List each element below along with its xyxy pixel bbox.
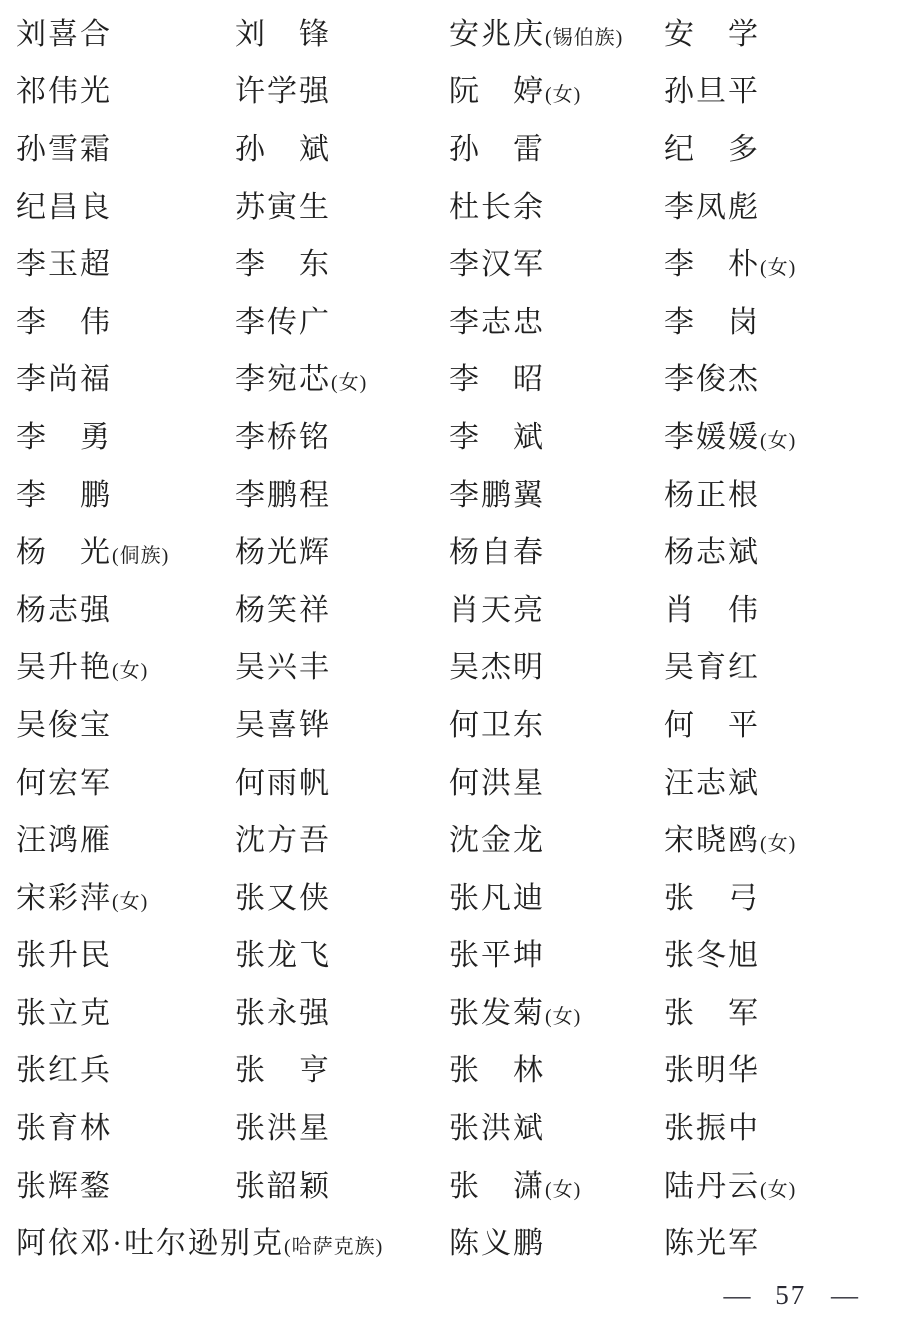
- person-name-text: 张韶颖: [235, 1170, 331, 1203]
- person-name: 刘 锋: [235, 20, 331, 50]
- person-name-text: 张平坤: [449, 939, 545, 972]
- person-name-text: 吴俊宝: [16, 709, 112, 742]
- person-name: 张冬旭: [664, 941, 760, 971]
- person-name-text: 宋彩萍: [16, 882, 112, 915]
- person-name-text: 杨 光: [16, 536, 112, 569]
- person-name-text: 李传广: [235, 306, 331, 339]
- person-name-text: 李尚福: [16, 363, 112, 396]
- person-name-text: 李俊杰: [664, 363, 760, 396]
- person-name: 吴俊宝: [16, 711, 112, 741]
- name-row: 吴俊宝吴喜铧何卫东何 平: [0, 697, 900, 755]
- name-row: 刘喜合刘 锋安兆庆(锡伯族)安 学: [0, 6, 900, 64]
- name-row: 李 鹏李鹏程李鹏翼杨正根: [0, 467, 900, 525]
- person-name-text: 何宏军: [16, 767, 112, 800]
- person-name-text: 祁伟光: [16, 75, 112, 108]
- person-name-text: 吴杰明: [449, 651, 545, 684]
- person-name-text: 李汉军: [449, 248, 545, 281]
- person-name: 杜长余: [449, 193, 545, 223]
- person-name: 何雨帆: [235, 769, 331, 799]
- person-name: 张洪星: [235, 1114, 331, 1144]
- gender-ethnicity-note: (哈萨克族): [284, 1236, 383, 1258]
- name-row: 杨志强杨笑祥肖天亮肖 伟: [0, 582, 900, 640]
- person-name-text: 吴喜铧: [235, 709, 331, 742]
- person-name-text: 杨志强: [16, 594, 112, 627]
- person-name: 宋晓鸥(女): [664, 826, 796, 856]
- page-number: 57: [775, 1280, 806, 1311]
- name-row: 张升民张龙飞张平坤张冬旭: [0, 928, 900, 986]
- person-name: 何卫东: [449, 711, 545, 741]
- person-name-text: 张 弓: [664, 882, 760, 915]
- person-name-text: 许学强: [235, 75, 331, 108]
- person-name: 陈义鹏: [449, 1229, 545, 1259]
- person-name: 张立克: [16, 999, 112, 1029]
- person-name: 李 昭: [449, 365, 545, 395]
- gender-ethnicity-note: (女): [545, 84, 581, 106]
- name-row: 李 勇李桥铭李 斌李媛媛(女): [0, 409, 900, 467]
- person-name: 杨自春: [449, 538, 545, 568]
- person-name-text: 陈光军: [664, 1227, 760, 1260]
- name-row: 李 伟李传广李志忠李 岗: [0, 294, 900, 352]
- person-name-text: 李 朴: [664, 248, 760, 281]
- person-name: 张发菊(女): [449, 999, 581, 1029]
- person-name: 孙旦平: [664, 77, 760, 107]
- gender-ethnicity-note: (女): [760, 833, 796, 855]
- person-name: 阮 婷(女): [449, 77, 581, 107]
- person-name-text: 张红兵: [16, 1054, 112, 1087]
- person-name-text: 沈方吾: [235, 824, 331, 857]
- person-name: 张红兵: [16, 1056, 112, 1086]
- person-name-text: 张明华: [664, 1054, 760, 1087]
- person-name: 张 亨: [235, 1056, 331, 1086]
- person-name-text: 李 昭: [449, 363, 545, 396]
- person-name: 吴育红: [664, 653, 760, 683]
- person-name-text: 纪昌良: [16, 191, 112, 224]
- person-name: 杨光辉: [235, 538, 331, 568]
- person-name-text: 杨志斌: [664, 536, 760, 569]
- footer-dash-left: —: [724, 1280, 751, 1311]
- person-name: 祁伟光: [16, 77, 112, 107]
- person-name-text: 苏寅生: [235, 191, 331, 224]
- person-name-text: 李桥铭: [235, 421, 331, 454]
- person-name: 纪 多: [664, 135, 760, 165]
- person-name: 李 东: [235, 250, 331, 280]
- person-name: 李传广: [235, 308, 331, 338]
- gender-ethnicity-note: (侗族): [112, 545, 169, 567]
- person-name-text: 沈金龙: [449, 824, 545, 857]
- person-name: 沈金龙: [449, 826, 545, 856]
- footer-dash-right: —: [831, 1280, 858, 1311]
- person-name: 安 学: [664, 20, 760, 50]
- gender-ethnicity-note: (女): [331, 372, 367, 394]
- person-name-text: 杜长余: [449, 191, 545, 224]
- person-name: 苏寅生: [235, 193, 331, 223]
- person-name-text: 李 鹏: [16, 479, 112, 512]
- person-name: 汪鸿雁: [16, 826, 112, 856]
- person-name-text: 李 斌: [449, 421, 545, 454]
- person-name: 李 朴(女): [664, 250, 796, 280]
- person-name: 张又侠: [235, 884, 331, 914]
- person-name-text: 汪志斌: [664, 767, 760, 800]
- person-name: 肖 伟: [664, 596, 760, 626]
- person-name: 张明华: [664, 1056, 760, 1086]
- person-name-text: 李 勇: [16, 421, 112, 454]
- person-name-text: 李 岗: [664, 306, 760, 339]
- name-row: 汪鸿雁沈方吾沈金龙宋晓鸥(女): [0, 812, 900, 870]
- person-name-text: 阿依邓·吐尔逊别克: [16, 1227, 284, 1260]
- person-name-text: 杨自春: [449, 536, 545, 569]
- person-name-text: 张洪星: [235, 1112, 331, 1145]
- person-name: 李尚福: [16, 365, 112, 395]
- person-name-text: 吴育红: [664, 651, 760, 684]
- person-name: 沈方吾: [235, 826, 331, 856]
- person-name: 肖天亮: [449, 596, 545, 626]
- person-name: 吴喜铧: [235, 711, 331, 741]
- person-name-text: 李凤彪: [664, 191, 760, 224]
- person-name-text: 刘 锋: [235, 18, 331, 51]
- name-row: 宋彩萍(女)张又侠张凡迪张 弓: [0, 870, 900, 928]
- name-row: 李尚福李宛芯(女)李 昭李俊杰: [0, 352, 900, 410]
- person-name: 张振中: [664, 1114, 760, 1144]
- person-name: 汪志斌: [664, 769, 760, 799]
- person-name: 孙雪霜: [16, 135, 112, 165]
- person-name-text: 张 亨: [235, 1054, 331, 1087]
- person-name: 李汉军: [449, 250, 545, 280]
- person-name-text: 李宛芯: [235, 363, 331, 396]
- person-name: 李 鹏: [16, 481, 112, 511]
- person-name-text: 杨笑祥: [235, 594, 331, 627]
- person-name-text: 杨光辉: [235, 536, 331, 569]
- person-name-text: 孙雪霜: [16, 133, 112, 166]
- person-name: 李 岗: [664, 308, 760, 338]
- person-name: 杨笑祥: [235, 596, 331, 626]
- person-name: 李 伟: [16, 308, 112, 338]
- page-footer: — 57 —: [720, 1280, 863, 1311]
- person-name-text: 张又侠: [235, 882, 331, 915]
- person-name: 孙 斌: [235, 135, 331, 165]
- person-name-text: 张辉鍪: [16, 1170, 112, 1203]
- name-row: 张辉鍪张韶颖张 潇(女)陆丹云(女): [0, 1158, 900, 1216]
- person-name: 李俊杰: [664, 365, 760, 395]
- gender-ethnicity-note: (女): [545, 1006, 581, 1028]
- name-row: 纪昌良苏寅生杜长余李凤彪: [0, 179, 900, 237]
- person-name-text: 何洪星: [449, 767, 545, 800]
- person-name: 张龙飞: [235, 941, 331, 971]
- person-name-text: 陆丹云: [664, 1170, 760, 1203]
- person-name: 刘喜合: [16, 20, 112, 50]
- person-name: 张永强: [235, 999, 331, 1029]
- person-name: 李 勇: [16, 423, 112, 453]
- name-row: 李玉超李 东李汉军李 朴(女): [0, 236, 900, 294]
- person-name: 张 潇(女): [449, 1172, 581, 1202]
- name-row: 张育林张洪星张洪斌张振中: [0, 1100, 900, 1158]
- person-name-text: 张洪斌: [449, 1112, 545, 1145]
- person-name-text: 李 东: [235, 248, 331, 281]
- person-name-text: 何 平: [664, 709, 760, 742]
- person-name-text: 张振中: [664, 1112, 760, 1145]
- name-row: 杨 光(侗族)杨光辉杨自春杨志斌: [0, 524, 900, 582]
- name-row: 张红兵张 亨张 林张明华: [0, 1043, 900, 1101]
- person-name: 吴兴丰: [235, 653, 331, 683]
- person-name: 许学强: [235, 77, 331, 107]
- person-name-text: 张 潇: [449, 1170, 545, 1203]
- person-name: 陈光军: [664, 1229, 760, 1259]
- person-name-text: 陈义鹏: [449, 1227, 545, 1260]
- person-name-text: 李志忠: [449, 306, 545, 339]
- person-name: 李媛媛(女): [664, 423, 796, 453]
- person-name: 陆丹云(女): [664, 1172, 796, 1202]
- person-name: 吴杰明: [449, 653, 545, 683]
- person-name: 杨 光(侗族): [16, 538, 169, 568]
- name-row: 何宏军何雨帆何洪星汪志斌: [0, 755, 900, 813]
- person-name: 张凡迪: [449, 884, 545, 914]
- name-row: 孙雪霜孙 斌孙 雷纪 多: [0, 121, 900, 179]
- person-name-text: 孙旦平: [664, 75, 760, 108]
- person-name-text: 阮 婷: [449, 75, 545, 108]
- person-name-text: 张立克: [16, 997, 112, 1030]
- name-row: 祁伟光许学强阮 婷(女)孙旦平: [0, 64, 900, 122]
- person-name: 杨志斌: [664, 538, 760, 568]
- person-name: 何 平: [664, 711, 760, 741]
- person-name-text: 张升民: [16, 939, 112, 972]
- person-name: 杨志强: [16, 596, 112, 626]
- gender-ethnicity-note: (女): [760, 1179, 796, 1201]
- person-name: 李凤彪: [664, 193, 760, 223]
- person-name: 李鹏翼: [449, 481, 545, 511]
- person-name-text: 张育林: [16, 1112, 112, 1145]
- gender-ethnicity-note: (女): [112, 891, 148, 913]
- name-row: 阿依邓·吐尔逊别克(哈萨克族)陈义鹏陈光军: [0, 1215, 900, 1273]
- person-name-text: 李鹏程: [235, 479, 331, 512]
- person-name: 李志忠: [449, 308, 545, 338]
- person-name-text: 纪 多: [664, 133, 760, 166]
- person-name-text: 张龙飞: [235, 939, 331, 972]
- person-name: 张洪斌: [449, 1114, 545, 1144]
- person-name-text: 何卫东: [449, 709, 545, 742]
- document-page: 刘喜合刘 锋安兆庆(锡伯族)安 学祁伟光许学强阮 婷(女)孙旦平孙雪霜孙 斌孙 …: [0, 0, 900, 1331]
- person-name: 何宏军: [16, 769, 112, 799]
- person-name-text: 吴兴丰: [235, 651, 331, 684]
- person-name: 张 军: [664, 999, 760, 1029]
- person-name-text: 张发菊: [449, 997, 545, 1030]
- person-name-text: 肖 伟: [664, 594, 760, 627]
- gender-ethnicity-note: (锡伯族): [545, 27, 623, 49]
- person-name: 何洪星: [449, 769, 545, 799]
- name-grid: 刘喜合刘 锋安兆庆(锡伯族)安 学祁伟光许学强阮 婷(女)孙旦平孙雪霜孙 斌孙 …: [0, 6, 900, 1273]
- person-name-text: 张永强: [235, 997, 331, 1030]
- person-name-text: 安兆庆: [449, 18, 545, 51]
- gender-ethnicity-note: (女): [545, 1179, 581, 1201]
- gender-ethnicity-note: (女): [760, 257, 796, 279]
- person-name: 阿依邓·吐尔逊别克(哈萨克族): [16, 1229, 383, 1259]
- person-name-text: 李鹏翼: [449, 479, 545, 512]
- person-name-text: 李媛媛: [664, 421, 760, 454]
- person-name-text: 孙 斌: [235, 133, 331, 166]
- person-name: 李桥铭: [235, 423, 331, 453]
- person-name: 李宛芯(女): [235, 365, 367, 395]
- person-name: 杨正根: [664, 481, 760, 511]
- person-name-text: 杨正根: [664, 479, 760, 512]
- person-name: 张 林: [449, 1056, 545, 1086]
- person-name: 孙 雷: [449, 135, 545, 165]
- person-name: 张韶颖: [235, 1172, 331, 1202]
- person-name: 安兆庆(锡伯族): [449, 20, 623, 50]
- person-name-text: 安 学: [664, 18, 760, 51]
- name-row: 张立克张永强张发菊(女)张 军: [0, 985, 900, 1043]
- person-name: 吴升艳(女): [16, 653, 148, 683]
- person-name-text: 宋晓鸥: [664, 824, 760, 857]
- gender-ethnicity-note: (女): [760, 430, 796, 452]
- person-name-text: 吴升艳: [16, 651, 112, 684]
- person-name: 张平坤: [449, 941, 545, 971]
- person-name-text: 李玉超: [16, 248, 112, 281]
- name-row: 吴升艳(女)吴兴丰吴杰明吴育红: [0, 640, 900, 698]
- person-name-text: 刘喜合: [16, 18, 112, 51]
- person-name-text: 张冬旭: [664, 939, 760, 972]
- person-name-text: 汪鸿雁: [16, 824, 112, 857]
- gender-ethnicity-note: (女): [112, 660, 148, 682]
- person-name-text: 张凡迪: [449, 882, 545, 915]
- person-name: 李 斌: [449, 423, 545, 453]
- person-name: 张升民: [16, 941, 112, 971]
- person-name: 宋彩萍(女): [16, 884, 148, 914]
- person-name-text: 孙 雷: [449, 133, 545, 166]
- person-name: 张育林: [16, 1114, 112, 1144]
- person-name-text: 张 林: [449, 1054, 545, 1087]
- person-name: 纪昌良: [16, 193, 112, 223]
- person-name-text: 张 军: [664, 997, 760, 1030]
- person-name-text: 何雨帆: [235, 767, 331, 800]
- person-name-text: 李 伟: [16, 306, 112, 339]
- person-name: 李玉超: [16, 250, 112, 280]
- person-name: 李鹏程: [235, 481, 331, 511]
- person-name-text: 肖天亮: [449, 594, 545, 627]
- person-name: 张辉鍪: [16, 1172, 112, 1202]
- person-name: 张 弓: [664, 884, 760, 914]
